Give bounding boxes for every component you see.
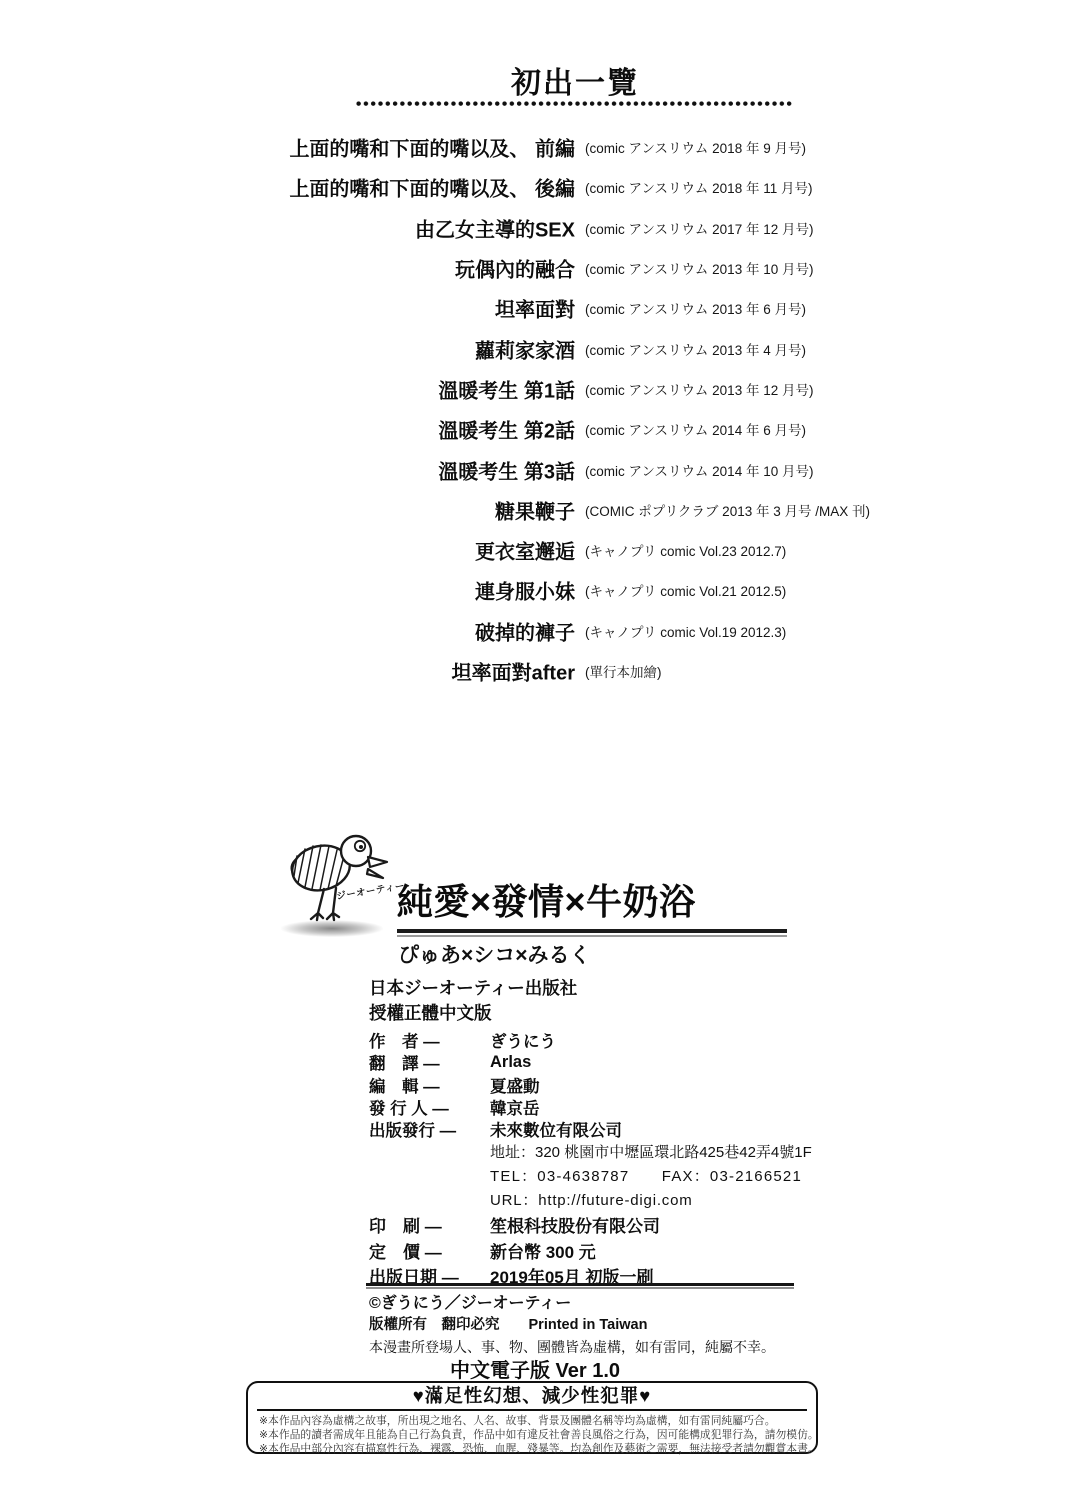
credit-value: 笙根科技股份有限公司 <box>490 1212 660 1237</box>
warning-line: ※本作品內容為虛構之故事，所出現之地名、人名、故事、背景及團體名稱等均為虛構，如… <box>259 1414 805 1428</box>
chapter-title: 玩偶內的融合 <box>455 254 575 283</box>
license-line: 授權正體中文版 <box>369 1001 577 1026</box>
credit-row: 翻 譯 ― Arlas <box>369 1051 622 1073</box>
chapter-note: (キャノプリ comic Vol.21 2012.5) <box>585 580 786 600</box>
chapter-row: 更衣室邂逅 (キャノプリ comic Vol.23 2012.7) <box>0 530 1069 570</box>
chapter-title: 坦率面對after <box>452 657 575 686</box>
chapter-row: 由乙女主導的SEX (comic アンスリウム 2017 年 12 月号) <box>0 208 1069 248</box>
credit-label: 編 輯 ― <box>369 1073 490 1097</box>
warning-divider <box>257 1409 807 1411</box>
book-subtitle: ぴゅあ×シコ×みるく <box>398 939 591 969</box>
chapter-row: 玩偶內的融合 (comic アンスリウム 2013 年 10 月号) <box>0 248 1069 288</box>
credit-row: 編 輯 ― 夏盛動 <box>369 1074 622 1096</box>
chapter-title: 更衣室邂逅 <box>475 536 575 565</box>
chapter-note: (comic アンスリウム 2014 年 6 月号) <box>585 419 806 439</box>
colophon-divider <box>366 1283 794 1289</box>
warning-line: ※本作品的讀者需成年且能為自己行為負責，作品中如有違反社會善良風俗之行為，因可能… <box>259 1428 805 1442</box>
warning-lines: ※本作品內容為虛構之故事，所出現之地名、人名、故事、背景及團體名稱等均為虛構，如… <box>248 1414 816 1457</box>
warning-box: ♥滿足性幻想、減少性犯罪♥ ※本作品內容為虛構之故事，所出現之地名、人名、故事、… <box>246 1381 818 1454</box>
publisher-bird-logo-icon <box>283 826 395 922</box>
credit-label: 發 行 人 ― <box>369 1095 490 1119</box>
address-line: URL：http://future-digi.com <box>490 1189 812 1213</box>
credit-label: 出版發行 ― <box>369 1117 490 1141</box>
credit-label: 印 刷 ― <box>369 1212 490 1237</box>
chapter-title: 溫暖考生 第2話 <box>438 415 575 444</box>
chapter-row: 溫暖考生 第1話 (comic アンスリウム 2013 年 12 月号) <box>0 369 1069 409</box>
chapter-title: 坦率面對 <box>495 294 575 323</box>
credit-row: 出版發行 ― 未來數位有限公司 <box>369 1118 622 1140</box>
chapter-note: (comic アンスリウム 2014 年 10 月号) <box>585 460 813 480</box>
credit-value: Arlas <box>490 1053 531 1072</box>
warning-line: ※本作品中部分內容有描寫性行為、裸露、恐怖、血腥、殘暴等。均為創作及藝術之需要，… <box>259 1442 805 1456</box>
credit-value: 韓京岳 <box>490 1095 540 1119</box>
chapter-note: (comic アンスリウム 2017 年 12 月号) <box>585 218 813 238</box>
copyright-block: ©ぎうにう／ジーオーティー 版權所有 翻印必究 Printed in Taiwa… <box>369 1293 775 1358</box>
chapter-note: (キャノプリ comic Vol.23 2012.7) <box>585 540 786 560</box>
chapter-title: 上面的嘴和下面的嘴以及、 後編 <box>289 173 575 202</box>
chapter-title: 糖果鞭子 <box>495 495 575 524</box>
chapter-row: 溫暖考生 第2話 (comic アンスリウム 2014 年 6 月号) <box>0 409 1069 449</box>
chapter-row: 上面的嘴和下面的嘴以及、 前編 (comic アンスリウム 2018 年 9 月… <box>0 127 1069 167</box>
version-line: 中文電子版 Ver 1.0 <box>246 1354 824 1383</box>
chapter-row: 蘿莉家家酒 (comic アンスリウム 2013 年 4 月号) <box>0 328 1069 368</box>
dotted-divider <box>356 101 794 107</box>
publisher-block: 日本ジーオーティー出版社 授權正體中文版 <box>369 976 577 1026</box>
credit-row: 發 行 人 ― 韓京岳 <box>369 1096 622 1118</box>
chapter-title: 溫暖考生 第1話 <box>438 374 575 403</box>
chapter-note: (comic アンスリウム 2018 年 9 月号) <box>585 137 806 157</box>
chapter-title: 蘿莉家家酒 <box>475 334 575 363</box>
credit-value: 未來數位有限公司 <box>490 1117 622 1141</box>
chapter-row: 連身服小妹 (キャノプリ comic Vol.21 2012.5) <box>0 570 1069 610</box>
chapter-row: 破掉的褲子 (キャノプリ comic Vol.19 2012.3) <box>0 611 1069 651</box>
chapter-note: (單行本加繪) <box>585 661 662 681</box>
chapter-note: (COMIC ポプリクラブ 2013 年 3 月号 /MAX 刊) <box>585 500 870 520</box>
copyright-line: ©ぎうにう／ジーオーティー <box>369 1293 775 1315</box>
credits2-list: 印 刷 ― 笙根科技股份有限公司 定 價 ― 新台幣 300 元 出版日期 ― … <box>369 1212 660 1288</box>
credit-label: 翻 譯 ― <box>369 1050 490 1074</box>
address-block: 地址：320 桃園市中壢區環北路425巷42弄4號1F TEL：03-46387… <box>490 1141 812 1213</box>
chapter-row: 坦率面對after (單行本加繪) <box>0 651 1069 691</box>
chapter-note: (キャノプリ comic Vol.19 2012.3) <box>585 621 786 641</box>
chapter-list: 上面的嘴和下面的嘴以及、 前編 (comic アンスリウム 2018 年 9 月… <box>0 127 1069 691</box>
chapter-note: (comic アンスリウム 2013 年 10 月号) <box>585 258 813 278</box>
colophon-page: { "first_publication": { "section_title"… <box>0 0 1069 1500</box>
credit-value: 夏盛動 <box>490 1073 540 1097</box>
chapter-title: 由乙女主導的SEX <box>415 213 575 242</box>
credit-row: 作 者 ― ぎうにう <box>369 1029 622 1051</box>
chapter-note: (comic アンスリウム 2013 年 6 月号) <box>585 298 806 318</box>
chapter-note: (comic アンスリウム 2013 年 4 月号) <box>585 339 806 359</box>
credits-list: 作 者 ― ぎうにう 翻 譯 ― Arlas 編 輯 ― 夏盛動 發 行 人 ―… <box>369 1029 622 1140</box>
credit-value: ぎうにう <box>490 1028 556 1052</box>
chapter-title: 溫暖考生 第3話 <box>438 455 575 484</box>
book-title: 純愛×發情×牛奶浴 <box>397 874 696 925</box>
credit-value: 新台幣 300 元 <box>490 1238 596 1263</box>
chapter-title: 上面的嘴和下面的嘴以及、 前編 <box>289 133 575 162</box>
chapter-row: 溫暖考生 第3話 (comic アンスリウム 2014 年 10 月号) <box>0 449 1069 489</box>
chapter-title: 連身服小妹 <box>475 576 575 605</box>
warning-heading: ♥滿足性幻想、減少性犯罪♥ <box>248 1384 816 1408</box>
rights-line: 版權所有 翻印必究 Printed in Taiwan <box>369 1315 775 1337</box>
chapter-note: (comic アンスリウム 2018 年 11 月号) <box>585 177 812 197</box>
chapter-row: 坦率面對 (comic アンスリウム 2013 年 6 月号) <box>0 288 1069 328</box>
credit-label: 定 價 ― <box>369 1238 490 1263</box>
chapter-note: (comic アンスリウム 2013 年 12 月号) <box>585 379 813 399</box>
credit-row: 定 價 ― 新台幣 300 元 <box>369 1237 660 1262</box>
chapter-title: 破掉的褲子 <box>475 616 575 645</box>
section-title: 初出一覽 <box>358 58 792 102</box>
chapter-row: 上面的嘴和下面的嘴以及、 後編 (comic アンスリウム 2018 年 11 … <box>0 167 1069 207</box>
logo-shadow <box>281 920 383 937</box>
publisher-line: 日本ジーオーティー出版社 <box>369 976 577 1001</box>
credit-row: 印 刷 ― 笙根科技股份有限公司 <box>369 1212 660 1237</box>
address-line: TEL：03-4638787 FAX：03-2166521 <box>490 1165 812 1189</box>
chapter-row: 糖果鞭子 (COMIC ポプリクラブ 2013 年 3 月号 /MAX 刊) <box>0 490 1069 530</box>
credit-label: 作 者 ― <box>369 1028 490 1052</box>
title-divider <box>397 929 787 937</box>
address-line: 地址：320 桃園市中壢區環北路425巷42弄4號1F <box>490 1141 812 1165</box>
